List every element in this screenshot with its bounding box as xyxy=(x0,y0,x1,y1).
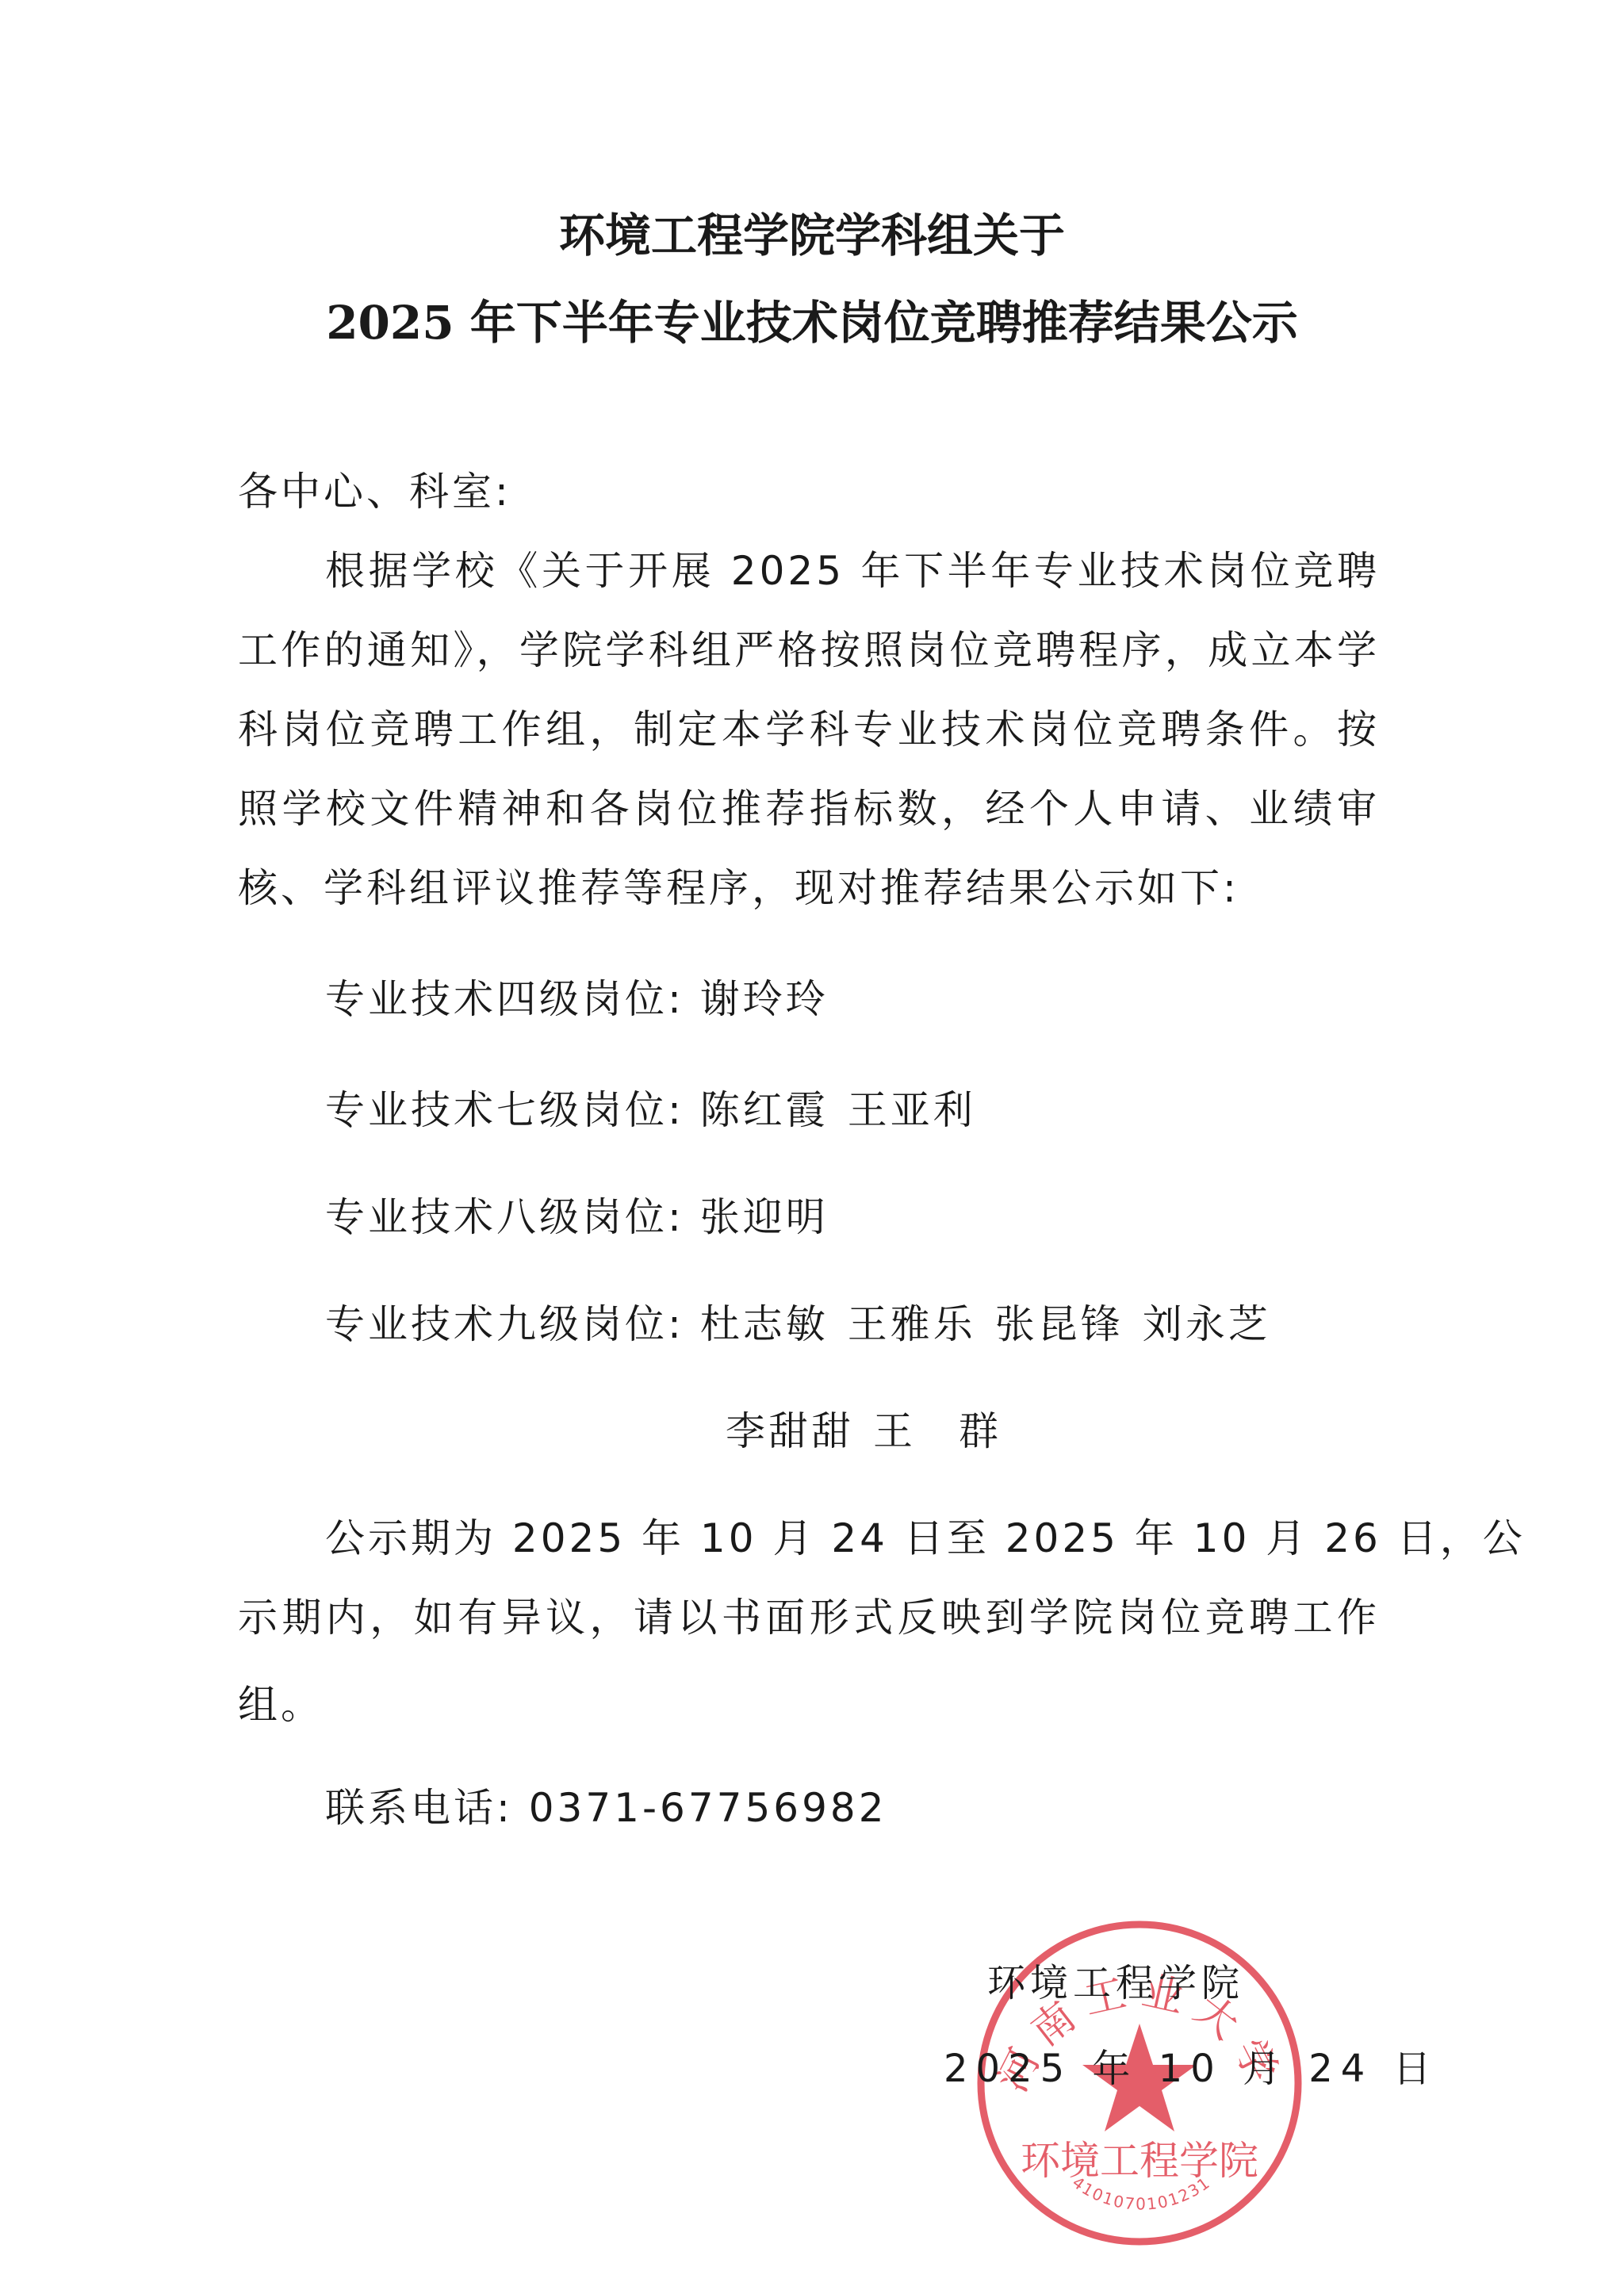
position-label: 专业技术九级岗位: xyxy=(325,1301,684,1347)
candidate-name: 王 群 xyxy=(873,1408,1002,1454)
position-row-level-9-continued: 李甜甜王 群 xyxy=(726,1407,1021,1455)
position-label: 专业技术七级岗位: xyxy=(325,1087,684,1133)
body-line: 核、学科组评议推荐等程序，现对推荐结果公示如下: xyxy=(238,864,1239,912)
salutation: 各中心、科室: xyxy=(238,468,511,515)
signature-date: 2025 年 10 月 24 日 xyxy=(944,2038,1439,2093)
position-row-level-7: 专业技术七级岗位: 陈红霞王亚利 xyxy=(325,1086,995,1134)
position-label: 专业技术八级岗位: xyxy=(325,1194,684,1240)
body-line: 根据学校《关于开展 2025 年下半年专业技术岗位竞聘 xyxy=(325,547,1380,595)
body-line: 科岗位竞聘工作组，制定本学科专业技术岗位竞聘条件。按 xyxy=(238,706,1380,753)
position-names: 李甜甜王 群 xyxy=(726,1408,1021,1454)
position-names: 张迎明 xyxy=(700,1194,848,1240)
position-row-level-9: 专业技术九级岗位: 杜志敏王雅乐张昆锋刘永芝 xyxy=(325,1300,1290,1348)
candidate-name: 陈红霞 xyxy=(700,1087,829,1133)
stamp-center-text: 环境工程学院 xyxy=(1021,2138,1258,2184)
candidate-name: 张昆锋 xyxy=(995,1301,1124,1347)
candidate-name: 刘永芝 xyxy=(1143,1301,1271,1347)
position-names: 陈红霞王亚利 xyxy=(700,1087,995,1133)
contact-phone: 联系电话: 0371-67756982 xyxy=(325,1784,887,1832)
document-page: 环境工程学院学科组关于 2025 年下半年专业技术岗位竞聘推荐结果公示 各中心、… xyxy=(0,0,1624,2294)
candidate-name: 杜志敏 xyxy=(700,1301,829,1347)
candidate-name: 王雅乐 xyxy=(848,1301,976,1347)
position-row-level-8: 专业技术八级岗位: 张迎明 xyxy=(325,1193,848,1241)
position-names: 杜志敏王雅乐张昆锋刘永芝 xyxy=(700,1301,1290,1347)
position-row-level-4: 专业技术四级岗位: 谢玲玲 xyxy=(325,975,848,1023)
body-line: 照学校文件精神和各岗位推荐指标数，经个人申请、业绩审 xyxy=(238,785,1380,833)
position-names: 谢玲玲 xyxy=(700,976,848,1022)
candidate-name: 谢玲玲 xyxy=(700,976,829,1022)
candidate-name: 王亚利 xyxy=(848,1087,976,1133)
candidate-name: 李甜甜 xyxy=(726,1408,854,1454)
notice-line: 公示期为 2025 年 10 月 24 日至 2025 年 10 月 26 日，… xyxy=(325,1515,1380,1562)
body-line: 工作的通知》，学院学科组严格按照岗位竞聘程序，成立本学 xyxy=(238,626,1380,674)
candidate-name: 张迎明 xyxy=(700,1194,829,1240)
title-line-2: 2025 年下半年专业技术岗位竞聘推荐结果公示 xyxy=(0,285,1624,352)
signature-org: 环境工程学院 xyxy=(987,1952,1244,2007)
notice-line: 示期内，如有异议，请以书面形式反映到学院岗位竞聘工作 xyxy=(238,1594,1380,1641)
position-label: 专业技术四级岗位: xyxy=(325,976,684,1022)
notice-line: 组。 xyxy=(238,1681,324,1729)
title-line-1: 环境工程学院学科组关于 xyxy=(0,198,1624,265)
